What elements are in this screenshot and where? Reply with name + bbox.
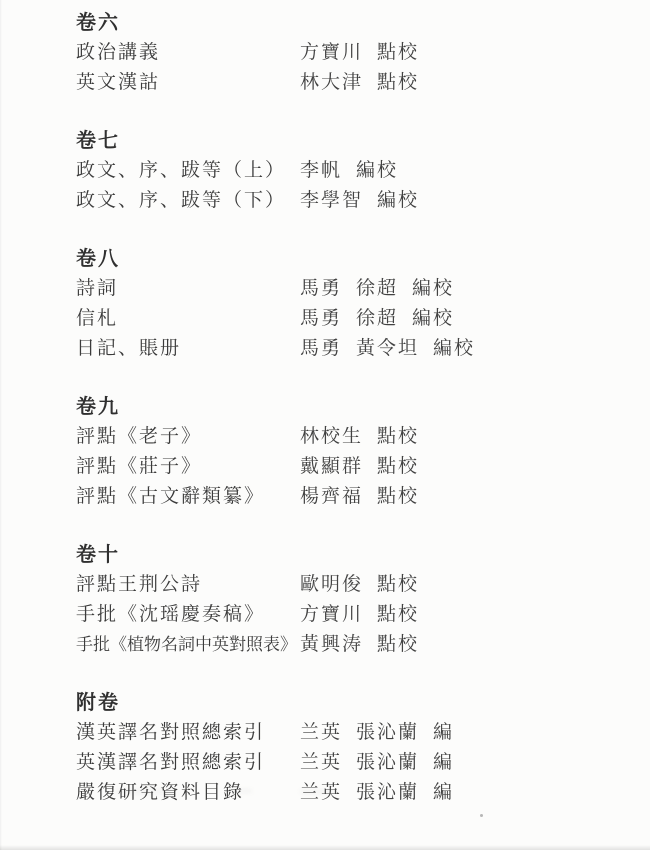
editor-name: 林大津 <box>300 68 363 98</box>
editor-role: 編校 <box>412 304 454 334</box>
work-title: 手批《沈瑶慶奏稿》 <box>76 600 300 630</box>
editor-name: 張沁蘭 <box>356 718 419 748</box>
volume-header: 卷十 <box>76 540 620 570</box>
scan-bottom-edge <box>0 845 650 850</box>
editor-name: 徐超 <box>356 274 398 304</box>
document-page: 卷六 政治講義 方寶川點校 英文漢詁 林大津點校 卷七 政文、序、跋等（上） 李… <box>0 0 650 850</box>
work-title: 評點《莊子》 <box>76 452 300 482</box>
work-title: 詩詞 <box>76 274 300 304</box>
editor-role: 編校 <box>377 186 419 216</box>
table-of-contents: 卷六 政治講義 方寶川點校 英文漢詁 林大津點校 卷七 政文、序、跋等（上） 李… <box>0 0 650 808</box>
editor-role: 編校 <box>412 274 454 304</box>
editor-group: 馬勇徐超編校 <box>300 304 454 334</box>
toc-row: 評點《老子》 林校生點校 <box>76 422 620 452</box>
work-title: 日記、賬册 <box>76 334 300 364</box>
editor-group: 黃興涛點校 <box>300 630 419 660</box>
editor-role: 點校 <box>377 452 419 482</box>
toc-row: 英漢譯名對照總索引 兰英張沁蘭編 <box>76 748 620 778</box>
editor-group: 楊齊福點校 <box>300 482 419 512</box>
editor-role: 點校 <box>377 38 419 68</box>
editor-name: 兰英 <box>300 778 342 808</box>
editor-role: 點校 <box>377 482 419 512</box>
volume-section: 附卷 漢英譯名對照總索引 兰英張沁蘭編 英漢譯名對照總索引 兰英張沁蘭編 嚴復研… <box>76 688 620 808</box>
editor-group: 林校生點校 <box>300 422 419 452</box>
work-title: 政治講義 <box>76 38 300 68</box>
work-title: 嚴復研究資料目錄 <box>76 778 300 808</box>
volume-header: 卷九 <box>76 392 620 422</box>
editor-group: 戴顯群點校 <box>300 452 419 482</box>
work-title: 手批《植物名詞中英對照表》 <box>76 630 300 660</box>
volume-rows: 政治講義 方寶川點校 英文漢詁 林大津點校 <box>76 38 620 98</box>
volume-header: 卷七 <box>76 126 620 156</box>
volume-rows: 評點《老子》 林校生點校 評點《莊子》 戴顯群點校 評點《古文辭類纂》 楊齊福點… <box>76 422 620 512</box>
scan-speck <box>480 814 483 817</box>
work-title: 評點王荆公詩 <box>76 570 300 600</box>
editor-name: 徐超 <box>356 304 398 334</box>
editor-group: 林大津點校 <box>300 68 419 98</box>
editor-group: 李帆編校 <box>300 156 398 186</box>
volume-header: 附卷 <box>76 688 620 718</box>
toc-row: 詩詞 馬勇徐超編校 <box>76 274 620 304</box>
editor-name: 方寶川 <box>300 38 363 68</box>
work-title: 英漢譯名對照總索引 <box>76 748 300 778</box>
editor-role: 編校 <box>356 156 398 186</box>
volume-section: 卷八 詩詞 馬勇徐超編校 信札 馬勇徐超編校 日記、賬册 馬勇黃令坦編校 <box>76 244 620 364</box>
editor-name: 戴顯群 <box>300 452 363 482</box>
volume-rows: 評點王荆公詩 歐明俊點校 手批《沈瑶慶奏稿》 方寶川點校 手批《植物名詞中英對照… <box>76 570 620 660</box>
editor-name: 李帆 <box>300 156 342 186</box>
volume-rows: 漢英譯名對照總索引 兰英張沁蘭編 英漢譯名對照總索引 兰英張沁蘭編 嚴復研究資料… <box>76 718 620 808</box>
toc-row: 手批《植物名詞中英對照表》 黃興涛點校 <box>76 630 620 660</box>
editor-role: 點校 <box>377 422 419 452</box>
work-title: 評點《老子》 <box>76 422 300 452</box>
editor-group: 馬勇徐超編校 <box>300 274 454 304</box>
editor-group: 方寶川點校 <box>300 38 419 68</box>
work-title: 政文、序、跋等（上） <box>76 156 300 186</box>
editor-group: 兰英張沁蘭編 <box>300 748 454 778</box>
volume-header: 卷八 <box>76 244 620 274</box>
editor-name: 馬勇 <box>300 304 342 334</box>
toc-row: 漢英譯名對照總索引 兰英張沁蘭編 <box>76 718 620 748</box>
work-title: 漢英譯名對照總索引 <box>76 718 300 748</box>
toc-row: 政治講義 方寶川點校 <box>76 38 620 68</box>
toc-row: 英文漢詁 林大津點校 <box>76 68 620 98</box>
editor-role: 編 <box>433 778 454 808</box>
toc-row: 政文、序、跋等（下） 李學智編校 <box>76 186 620 216</box>
volume-header: 卷六 <box>76 8 620 38</box>
editor-group: 李學智編校 <box>300 186 419 216</box>
toc-row: 嚴復研究資料目錄 兰英張沁蘭編 <box>76 778 620 808</box>
editor-name: 黃令坦 <box>356 334 419 364</box>
editor-name: 馬勇 <box>300 334 342 364</box>
toc-row: 手批《沈瑶慶奏稿》 方寶川點校 <box>76 600 620 630</box>
toc-row: 日記、賬册 馬勇黃令坦編校 <box>76 334 620 364</box>
editor-role: 編 <box>433 748 454 778</box>
editor-role: 點校 <box>377 630 419 660</box>
volume-section: 卷七 政文、序、跋等（上） 李帆編校 政文、序、跋等（下） 李學智編校 <box>76 126 620 216</box>
editor-role: 編 <box>433 718 454 748</box>
editor-role: 編校 <box>433 334 475 364</box>
editor-group: 馬勇黃令坦編校 <box>300 334 475 364</box>
toc-row: 政文、序、跋等（上） 李帆編校 <box>76 156 620 186</box>
editor-role: 點校 <box>377 570 419 600</box>
volume-section: 卷十 評點王荆公詩 歐明俊點校 手批《沈瑶慶奏稿》 方寶川點校 手批《植物名詞中… <box>76 540 620 660</box>
editor-name: 林校生 <box>300 422 363 452</box>
editor-name: 馬勇 <box>300 274 342 304</box>
editor-name: 張沁蘭 <box>356 778 419 808</box>
editor-group: 方寶川點校 <box>300 600 419 630</box>
editor-role: 點校 <box>377 600 419 630</box>
volume-rows: 政文、序、跋等（上） 李帆編校 政文、序、跋等（下） 李學智編校 <box>76 156 620 216</box>
toc-row: 評點《古文辭類纂》 楊齊福點校 <box>76 482 620 512</box>
work-title: 政文、序、跋等（下） <box>76 186 300 216</box>
toc-row: 評點王荆公詩 歐明俊點校 <box>76 570 620 600</box>
editor-name: 楊齊福 <box>300 482 363 512</box>
editor-name: 兰英 <box>300 748 342 778</box>
work-title: 評點《古文辭類纂》 <box>76 482 300 512</box>
editor-name: 黃興涛 <box>300 630 363 660</box>
volume-section: 卷六 政治講義 方寶川點校 英文漢詁 林大津點校 <box>76 8 620 98</box>
editor-name: 方寶川 <box>300 600 363 630</box>
editor-group: 兰英張沁蘭編 <box>300 778 454 808</box>
editor-name: 李學智 <box>300 186 363 216</box>
volume-section: 卷九 評點《老子》 林校生點校 評點《莊子》 戴顯群點校 評點《古文辭類纂》 楊… <box>76 392 620 512</box>
editor-role: 點校 <box>377 68 419 98</box>
editor-group: 兰英張沁蘭編 <box>300 718 454 748</box>
work-title: 信札 <box>76 304 300 334</box>
editor-name: 兰英 <box>300 718 342 748</box>
toc-row: 信札 馬勇徐超編校 <box>76 304 620 334</box>
editor-group: 歐明俊點校 <box>300 570 419 600</box>
editor-name: 歐明俊 <box>300 570 363 600</box>
toc-row: 評點《莊子》 戴顯群點校 <box>76 452 620 482</box>
editor-name: 張沁蘭 <box>356 748 419 778</box>
work-title: 英文漢詁 <box>76 68 300 98</box>
volume-rows: 詩詞 馬勇徐超編校 信札 馬勇徐超編校 日記、賬册 馬勇黃令坦編校 <box>76 274 620 364</box>
